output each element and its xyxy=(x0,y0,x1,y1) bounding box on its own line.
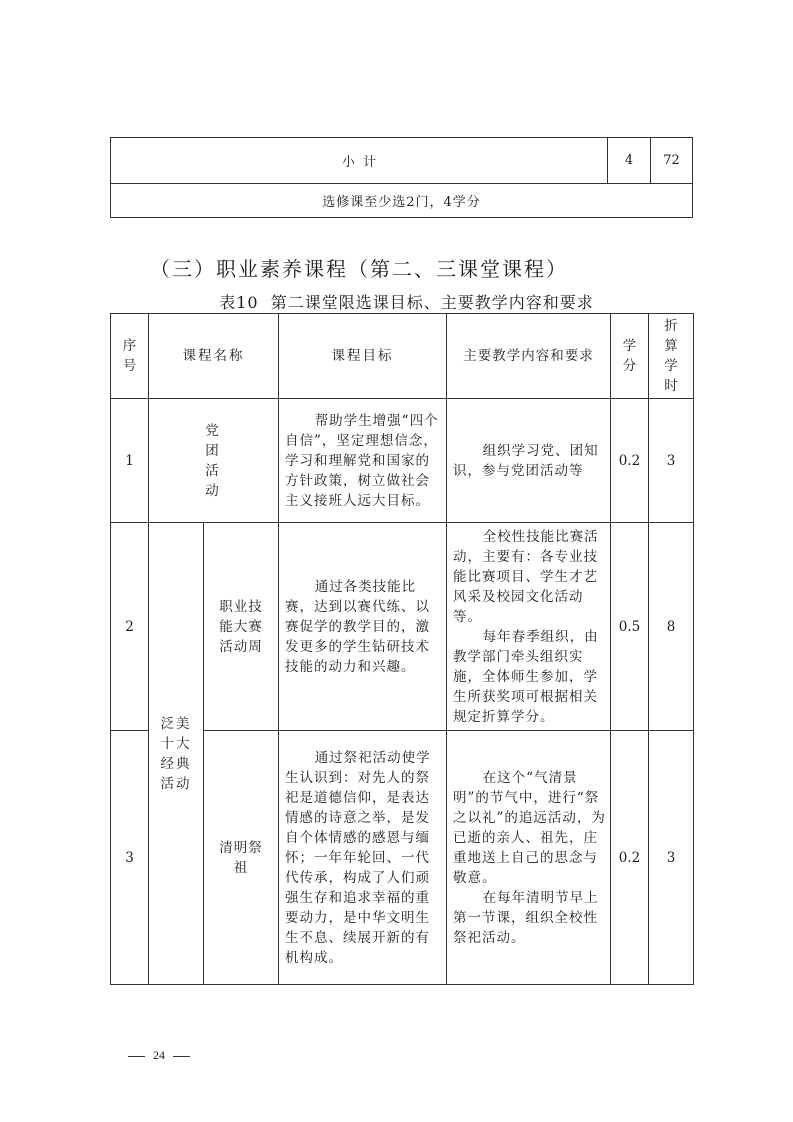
row-content: 组织学习党、团知识，参与党团活动等 xyxy=(447,399,611,523)
section-heading: （三）职业素养课程（第二、三课堂课程） xyxy=(150,253,568,282)
row-credits: 0.2 xyxy=(611,399,649,523)
subtotal-hours: 72 xyxy=(651,138,693,184)
row-seq: 3 xyxy=(111,731,149,985)
dash-right xyxy=(173,1056,190,1057)
elective-note-row: 选修课至少选2门，4学分 xyxy=(111,184,693,218)
row-name: 职业技能大赛活动周 xyxy=(204,523,279,731)
row-goal: 通过祭祀活动使学生认识到：对先人的祭祀是道德信仰，是表达情感的诗意之举，是发自个… xyxy=(279,731,447,985)
elective-note: 选修课至少选2门，4学分 xyxy=(111,184,693,218)
subtotal-table: 小 计 4 72 选修课至少选2门，4学分 xyxy=(110,137,693,218)
row-seq: 2 xyxy=(111,523,149,731)
table-header-row: 序号 课程名称 课程目标 主要教学内容和要求 学分 折算学时 xyxy=(111,314,694,399)
row-seq: 1 xyxy=(111,399,149,523)
row-hours: 3 xyxy=(649,399,694,523)
header-name: 课程名称 xyxy=(149,314,279,399)
header-hours: 折算学时 xyxy=(649,314,694,399)
row-credits: 0.2 xyxy=(611,731,649,985)
header-goal: 课程目标 xyxy=(279,314,447,399)
row-hours: 8 xyxy=(649,523,694,731)
page-number: 24 xyxy=(120,1048,198,1063)
subtotal-row: 小 计 4 72 xyxy=(111,138,693,184)
subtotal-label: 小 计 xyxy=(111,138,608,184)
header-credits: 学分 xyxy=(611,314,649,399)
row-name: 清明祭祖 xyxy=(204,731,279,985)
header-seq: 序号 xyxy=(111,314,149,399)
subtotal-credits: 4 xyxy=(608,138,651,184)
table-row: 1 党团活动 帮助学生增强“四个自信”，坚定理想信念，学习和理解党和国家的方针政… xyxy=(111,399,694,523)
table-caption: 表10 第二课堂限选课目标、主要教学内容和要求 xyxy=(0,290,793,313)
header-content: 主要教学内容和要求 xyxy=(447,314,611,399)
page-number-text: 24 xyxy=(153,1048,165,1062)
table-row: 2 泛美十大经典活动 职业技能大赛活动周 通过各类技能比赛，达到以赛代练、以赛促… xyxy=(111,523,694,731)
row-content: 全校性技能比赛活动，主要有：各专业技能比赛项目、学生才艺风采及校园文化活动等。 … xyxy=(447,523,611,731)
course-table: 序号 课程名称 课程目标 主要教学内容和要求 学分 折算学时 1 党团活动 帮助… xyxy=(110,313,694,985)
row-group: 泛美十大经典活动 xyxy=(149,523,204,985)
document-page: 小 计 4 72 选修课至少选2门，4学分 （三）职业素养课程（第二、三课堂课程… xyxy=(0,0,793,1122)
row-hours: 3 xyxy=(649,731,694,985)
row-content: 在这个“气清景明”的节气中，进行“祭之以礼”的追远活动，为已逝的亲人、祖先，庄重… xyxy=(447,731,611,985)
row-goal: 帮助学生增强“四个自信”，坚定理想信念，学习和理解党和国家的方针政策，树立做社会… xyxy=(279,399,447,523)
row-goal: 通过各类技能比赛，达到以赛代练、以赛促学的教学目的，激发更多的学生钻研技术技能的… xyxy=(279,523,447,731)
row-credits: 0.5 xyxy=(611,523,649,731)
row-name: 党团活动 xyxy=(149,399,279,523)
dash-left xyxy=(128,1056,145,1057)
